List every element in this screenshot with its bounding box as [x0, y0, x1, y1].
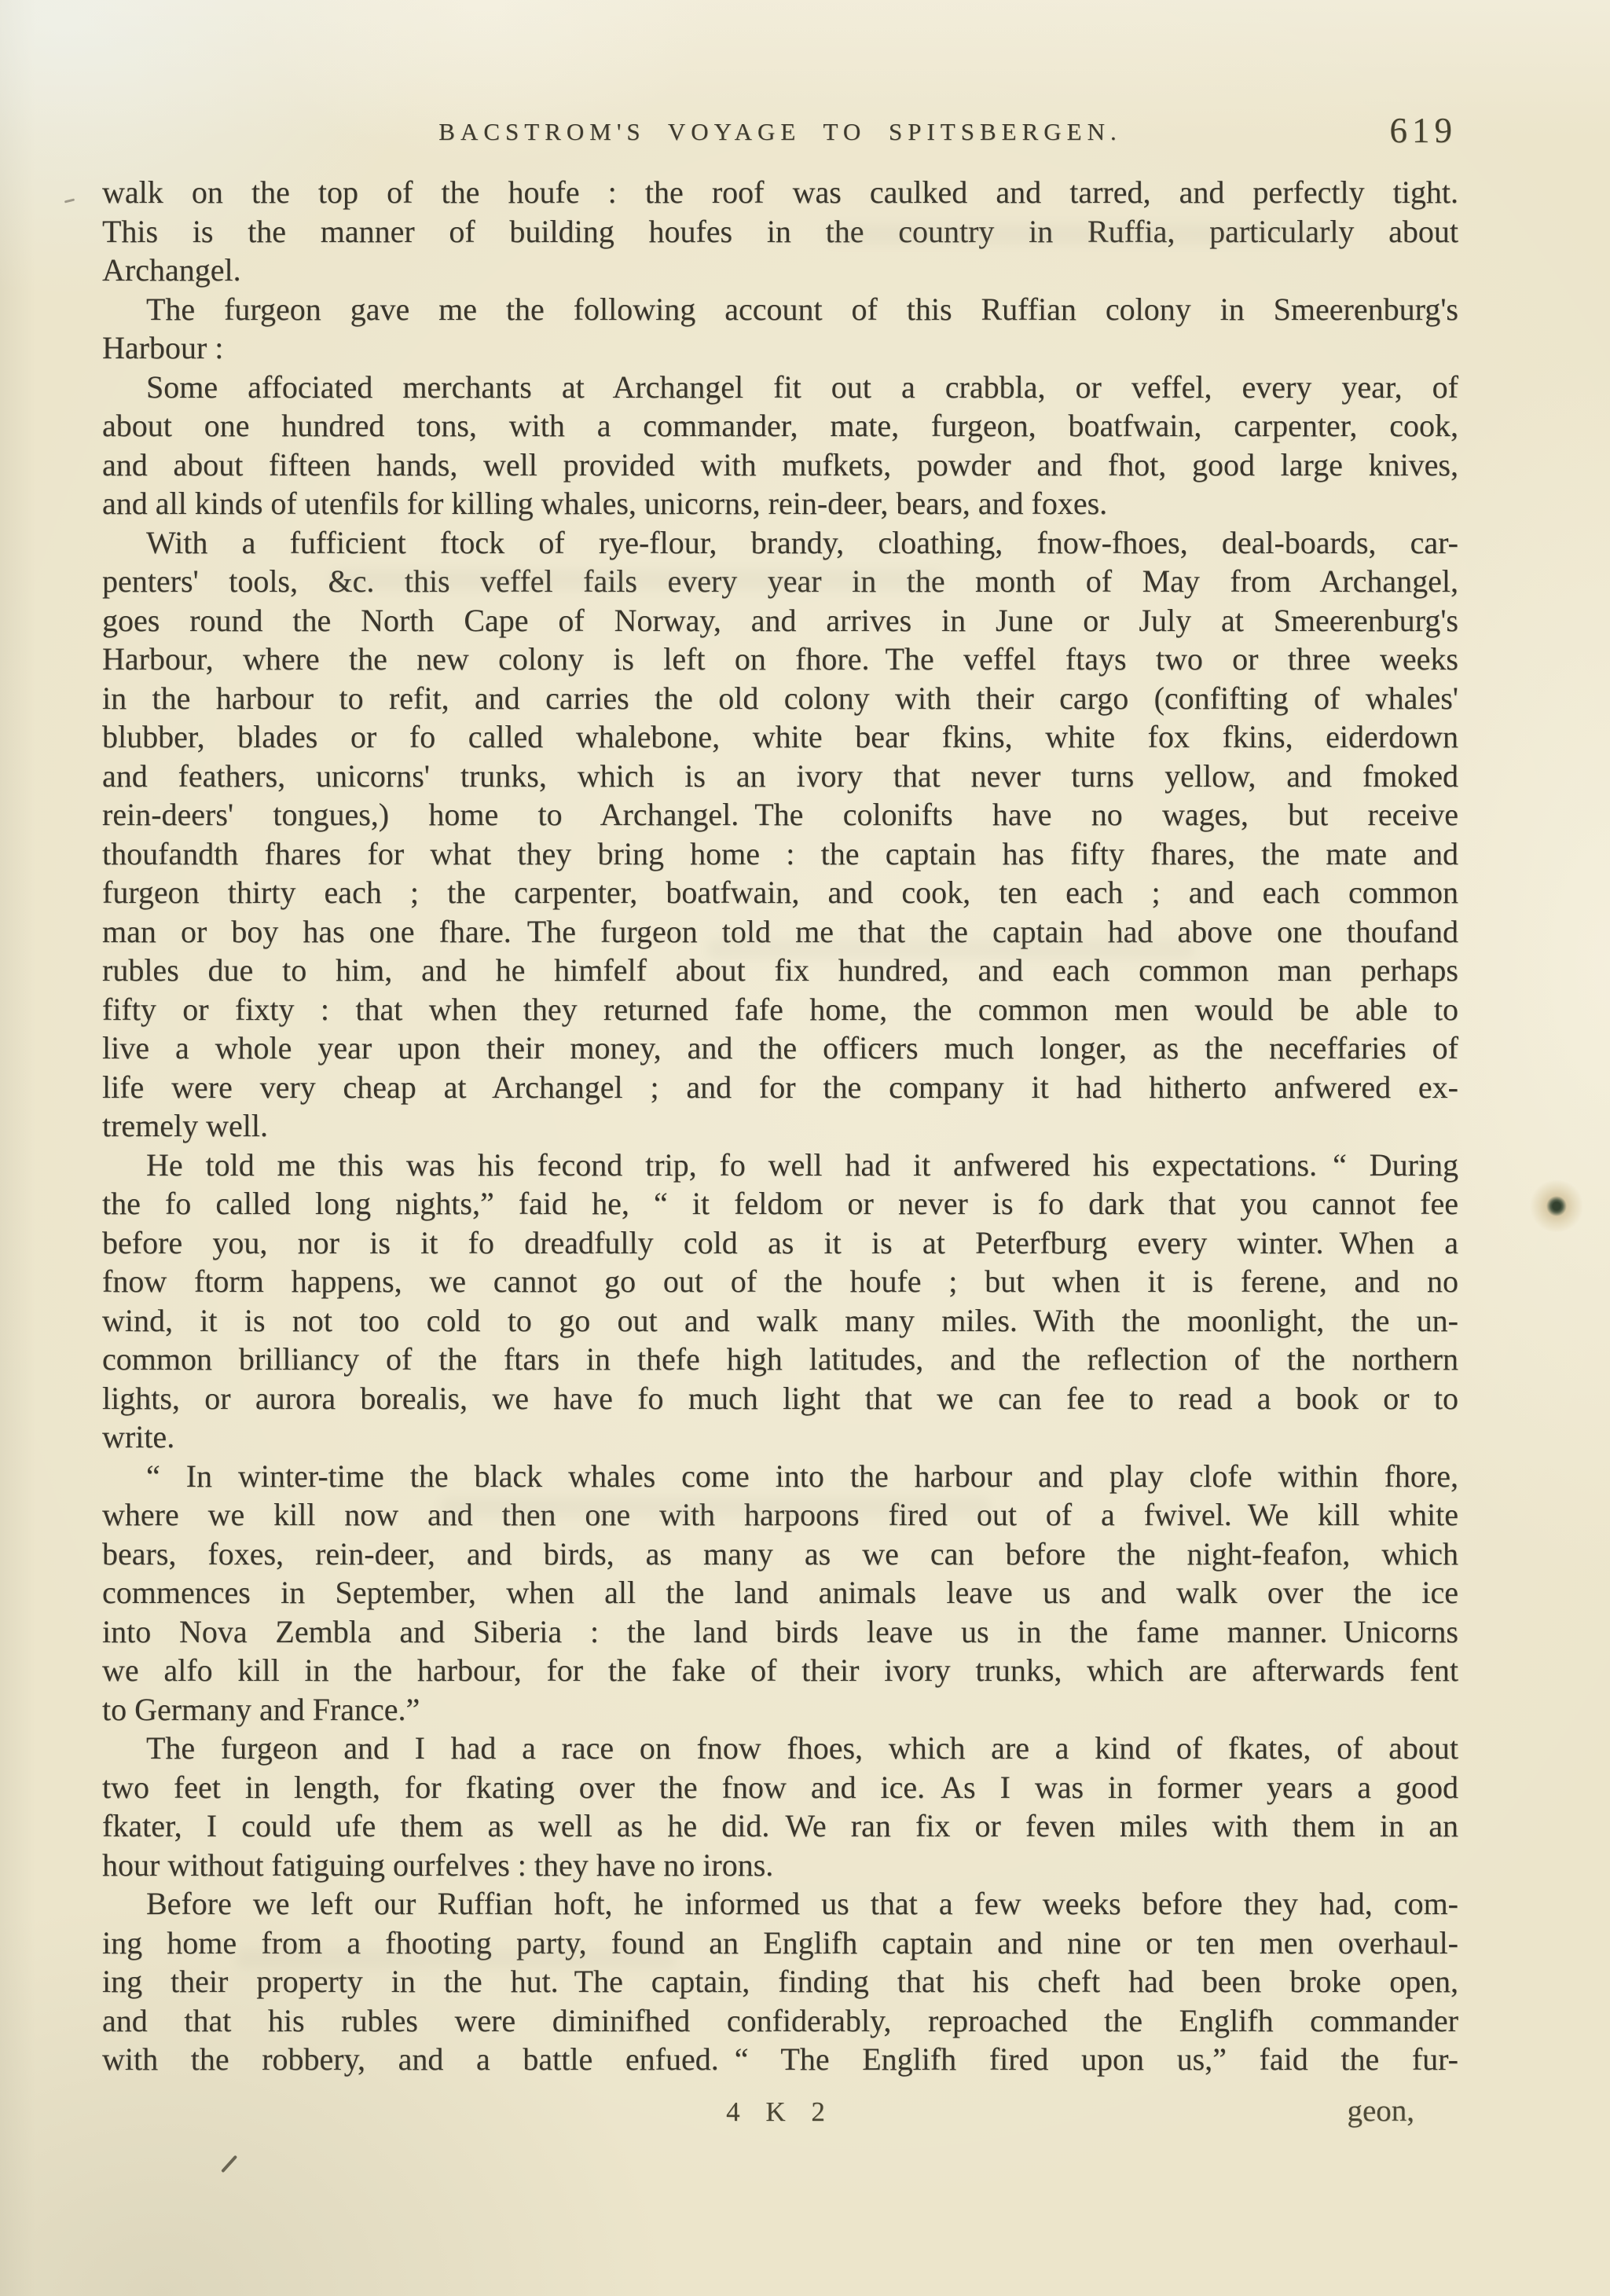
text-line: thoufandth fhares for what they bring ho…	[102, 834, 1458, 874]
text-line: walk on the top of the houfe : the roof …	[102, 173, 1458, 212]
text-line: and feathers, unicorns' trunks, which is…	[102, 757, 1458, 796]
text-line: about one hundred tons, with a commander…	[102, 406, 1458, 446]
text-line: Some affociated merchants at Archangel f…	[102, 368, 1458, 407]
text-line: live a whole year upon their money, and …	[102, 1029, 1458, 1068]
text-line: The furgeon gave me the following accoun…	[102, 290, 1458, 329]
text-line: fnow ftorm happens, we cannot go out of …	[102, 1262, 1458, 1301]
show-through-smudge	[330, 570, 943, 590]
text-line: and about fifteen hands, well provided w…	[102, 446, 1458, 485]
text-line: to Germany and France.”	[102, 1690, 1458, 1729]
text-line: fifty or fixty : that when they returned…	[102, 990, 1458, 1029]
text-line: Harbour :	[102, 328, 1458, 368]
text-line: fkater, I could ufe them as well as he d…	[102, 1806, 1458, 1846]
show-through-smudge	[707, 939, 1194, 959]
text-line: Archangel.	[102, 251, 1458, 290]
text-line: write.	[102, 1418, 1458, 1457]
pen-stroke	[221, 2155, 237, 2173]
text-line: rein-deers' tongues,) home to Archangel.…	[102, 795, 1458, 834]
book-page-scan: BACSTROM'S VOYAGE TO SPITSBERGEN. 619 wa…	[0, 0, 1610, 2296]
show-through-smudge	[825, 224, 1336, 244]
text-line: common brilliancy of the ftars in thefe …	[102, 1340, 1458, 1379]
show-through-smudge	[440, 1497, 990, 1517]
text-line: and all kinds of utenfils for killing wh…	[102, 484, 1458, 523]
running-head: BACSTROM'S VOYAGE TO SPITSBERGEN.	[102, 118, 1458, 146]
text-line: we alfo kill in the harbour, for the fak…	[102, 1651, 1458, 1690]
text-line: commences in September, when all the lan…	[102, 1573, 1458, 1612]
page-number: 619	[1390, 110, 1458, 151]
text-line: blubber, blades or fo called whalebone, …	[102, 717, 1458, 757]
page-footer: 4 K 2 geon,	[102, 2096, 1458, 2151]
text-line: lights, or aurora borealis, we have fo m…	[102, 1379, 1458, 1418]
text-line: in the harbour to refit, and carries the…	[102, 679, 1458, 718]
text-line: two feet in length, for fkating over the…	[102, 1768, 1458, 1807]
text-line: with the robbery, and a battle enfued. “…	[102, 2040, 1458, 2079]
text-line: wind, it is not too cold to go out and w…	[102, 1301, 1458, 1341]
signature-mark: 4 K 2	[102, 2096, 1458, 2128]
text-line: hour without fatiguing ourfelves : they …	[102, 1846, 1458, 1885]
ink-blot	[1529, 1180, 1584, 1232]
text-line: Harbour, where the new colony is left on…	[102, 640, 1458, 679]
page-body: walk on the top of the houfe : the roof …	[102, 173, 1458, 2079]
text-line: “ In winter-time the black whales come i…	[102, 1457, 1458, 1496]
margin-dash	[64, 198, 75, 203]
text-line: tremely well.	[102, 1106, 1458, 1146]
text-line: life were very cheap at Archangel ; and …	[102, 1068, 1458, 1107]
text-line: The furgeon and I had a race on fnow fho…	[102, 1729, 1458, 1768]
text-line: before you, nor is it fo dreadfully cold…	[102, 1223, 1458, 1263]
text-line: and that his rubles were diminifhed conf…	[102, 2001, 1458, 2041]
catchword: geon,	[1347, 2093, 1414, 2129]
text-line: He told me this was his fecond trip, fo …	[102, 1146, 1458, 1185]
text-line: goes round the North Cape of Norway, and…	[102, 601, 1458, 640]
text-line: Before we left our Ruffian hoft, he info…	[102, 1884, 1458, 1924]
text-line: bears, foxes, rein-deer, and birds, as m…	[102, 1535, 1458, 1574]
running-head-row: BACSTROM'S VOYAGE TO SPITSBERGEN. 619	[102, 118, 1458, 173]
text-line: With a fufficient ftock of rye-flour, br…	[102, 523, 1458, 563]
text-line: into Nova Zembla and Siberia : the land …	[102, 1612, 1458, 1652]
show-through-smudge	[236, 1949, 676, 1969]
text-line: furgeon thirty each ; the carpenter, boa…	[102, 873, 1458, 912]
text-line: the fo called long nights,” faid he, “ i…	[102, 1184, 1458, 1223]
